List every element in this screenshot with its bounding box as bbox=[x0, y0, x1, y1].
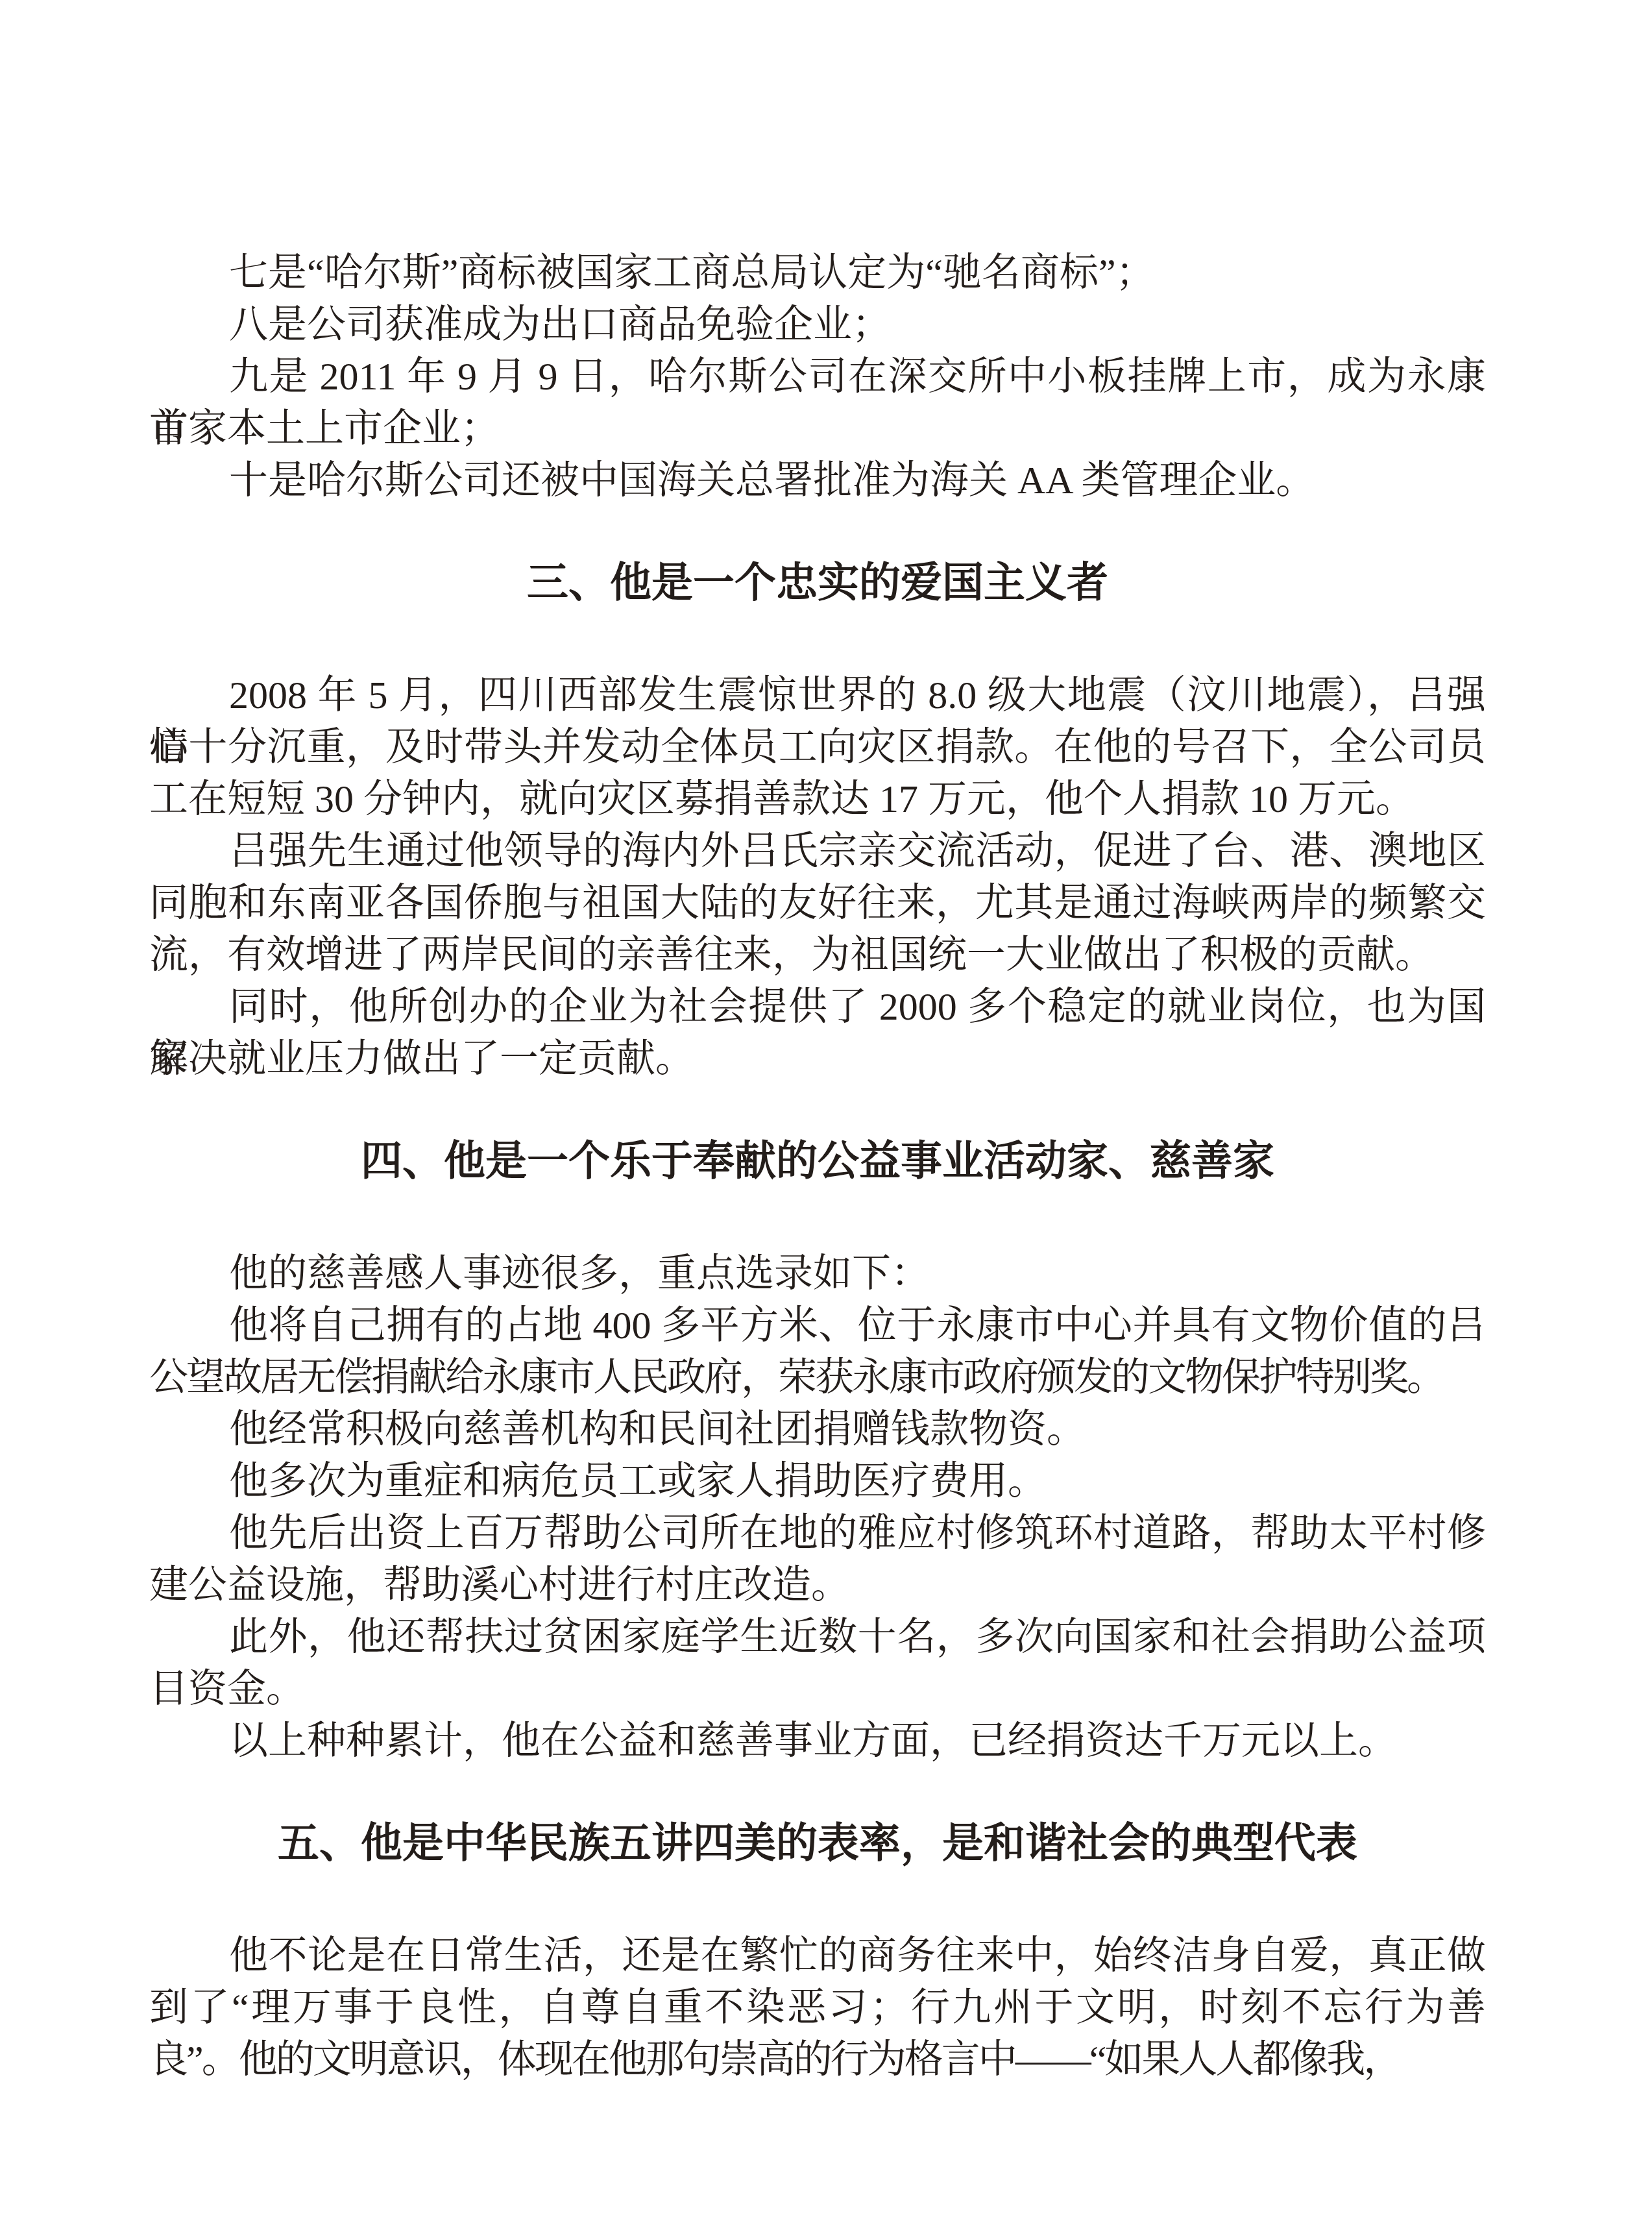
body-line: 同胞和东南亚各国侨胞与祖国大陆的友好往来，尤其是通过海峡两岸的频繁交 bbox=[149, 877, 1486, 929]
section-heading: 五、他是中华民族五讲四美的表率，是和谐社会的典型代表 bbox=[149, 1817, 1486, 1869]
document-content: 七是“哈尔斯”商标被国家工商总局认定为“驰名商标”；八是公司获准成为出口商品免验… bbox=[0, 0, 1652, 2085]
body-line: 九是 2011 年 9 月 9 日，哈尔斯公司在深交所中小板挂牌上市，成为永康市 bbox=[149, 350, 1486, 402]
body-line: 首家本土上市企业； bbox=[149, 402, 1486, 454]
body-line: 他将自己拥有的占地 400 多平方米、位于永康市中心并具有文物价值的吕 bbox=[149, 1299, 1486, 1351]
document-page: 七是“哈尔斯”商标被国家工商总局认定为“驰名商标”；八是公司获准成为出口商品免验… bbox=[0, 0, 1652, 2232]
body-line: 同时，他所创办的企业为社会提供了 2000 多个稳定的就业岗位，也为国家 bbox=[149, 981, 1486, 1033]
body-line: 工在短短 30 分钟内，就向灾区募捐善款达 17 万元，他个人捐款 10 万元。 bbox=[149, 773, 1486, 825]
body-line: 他先后出资上百万帮助公司所在地的雅应村修筑环村道路，帮助太平村修 bbox=[149, 1507, 1486, 1559]
section-heading: 四、他是一个乐于奉献的公益事业活动家、慈善家 bbox=[149, 1135, 1486, 1187]
body-line: 流，有效增进了两岸民间的亲善往来，为祖国统一大业做出了积极的贡献。 bbox=[149, 929, 1486, 981]
body-line: 2008 年 5 月，四川西部发生震惊世界的 8.0 级大地震（汶川地震），吕强… bbox=[149, 669, 1486, 721]
body-line: 目资金。 bbox=[149, 1663, 1486, 1715]
body-line: 他经常积极向慈善机构和民间社团捐赠钱款物资。 bbox=[149, 1403, 1486, 1455]
body-line: 以上种种累计，他在公益和慈善事业方面，已经捐资达千万元以上。 bbox=[149, 1715, 1486, 1767]
body-line: 情十分沉重，及时带头并发动全体员工向灾区捐款。在他的号召下，全公司员 bbox=[149, 721, 1486, 773]
body-line: 八是公司获准成为出口商品免验企业； bbox=[149, 299, 1486, 350]
body-line: 公望故居无偿捐献给永康市人民政府，荣获永康市政府颁发的文物保护特别奖。 bbox=[149, 1351, 1486, 1403]
body-line: 十是哈尔斯公司还被中国海关总署批准为海关 AA 类管理企业。 bbox=[149, 454, 1486, 506]
body-line: 解决就业压力做出了一定贡献。 bbox=[149, 1033, 1486, 1085]
body-line: 建公益设施，帮助溪心村进行村庄改造。 bbox=[149, 1559, 1486, 1611]
body-line: 他不论是在日常生活，还是在繁忙的商务往来中，始终洁身自爱，真正做 bbox=[149, 1930, 1486, 1981]
body-line: 到了“理万事于良性，自尊自重不染恶习；行九州于文明，时刻不忘行为善 bbox=[149, 1981, 1486, 2033]
body-line: 此外，他还帮扶过贫困家庭学生近数十名，多次向国家和社会捐助公益项 bbox=[149, 1611, 1486, 1663]
body-line: 吕强先生通过他领导的海内外吕氏宗亲交流活动，促进了台、港、澳地区 bbox=[149, 825, 1486, 877]
body-line: 他多次为重症和病危员工或家人捐助医疗费用。 bbox=[149, 1455, 1486, 1507]
body-line: 他的慈善感人事迹很多，重点选录如下： bbox=[149, 1247, 1486, 1299]
section-heading: 三、他是一个忠实的爱国主义者 bbox=[149, 557, 1486, 609]
body-line: 良”。他的文明意识，体现在他那句崇高的行为格言中——“如果人人都像我， bbox=[149, 2033, 1486, 2085]
body-line: 七是“哈尔斯”商标被国家工商总局认定为“驰名商标”； bbox=[149, 247, 1486, 299]
